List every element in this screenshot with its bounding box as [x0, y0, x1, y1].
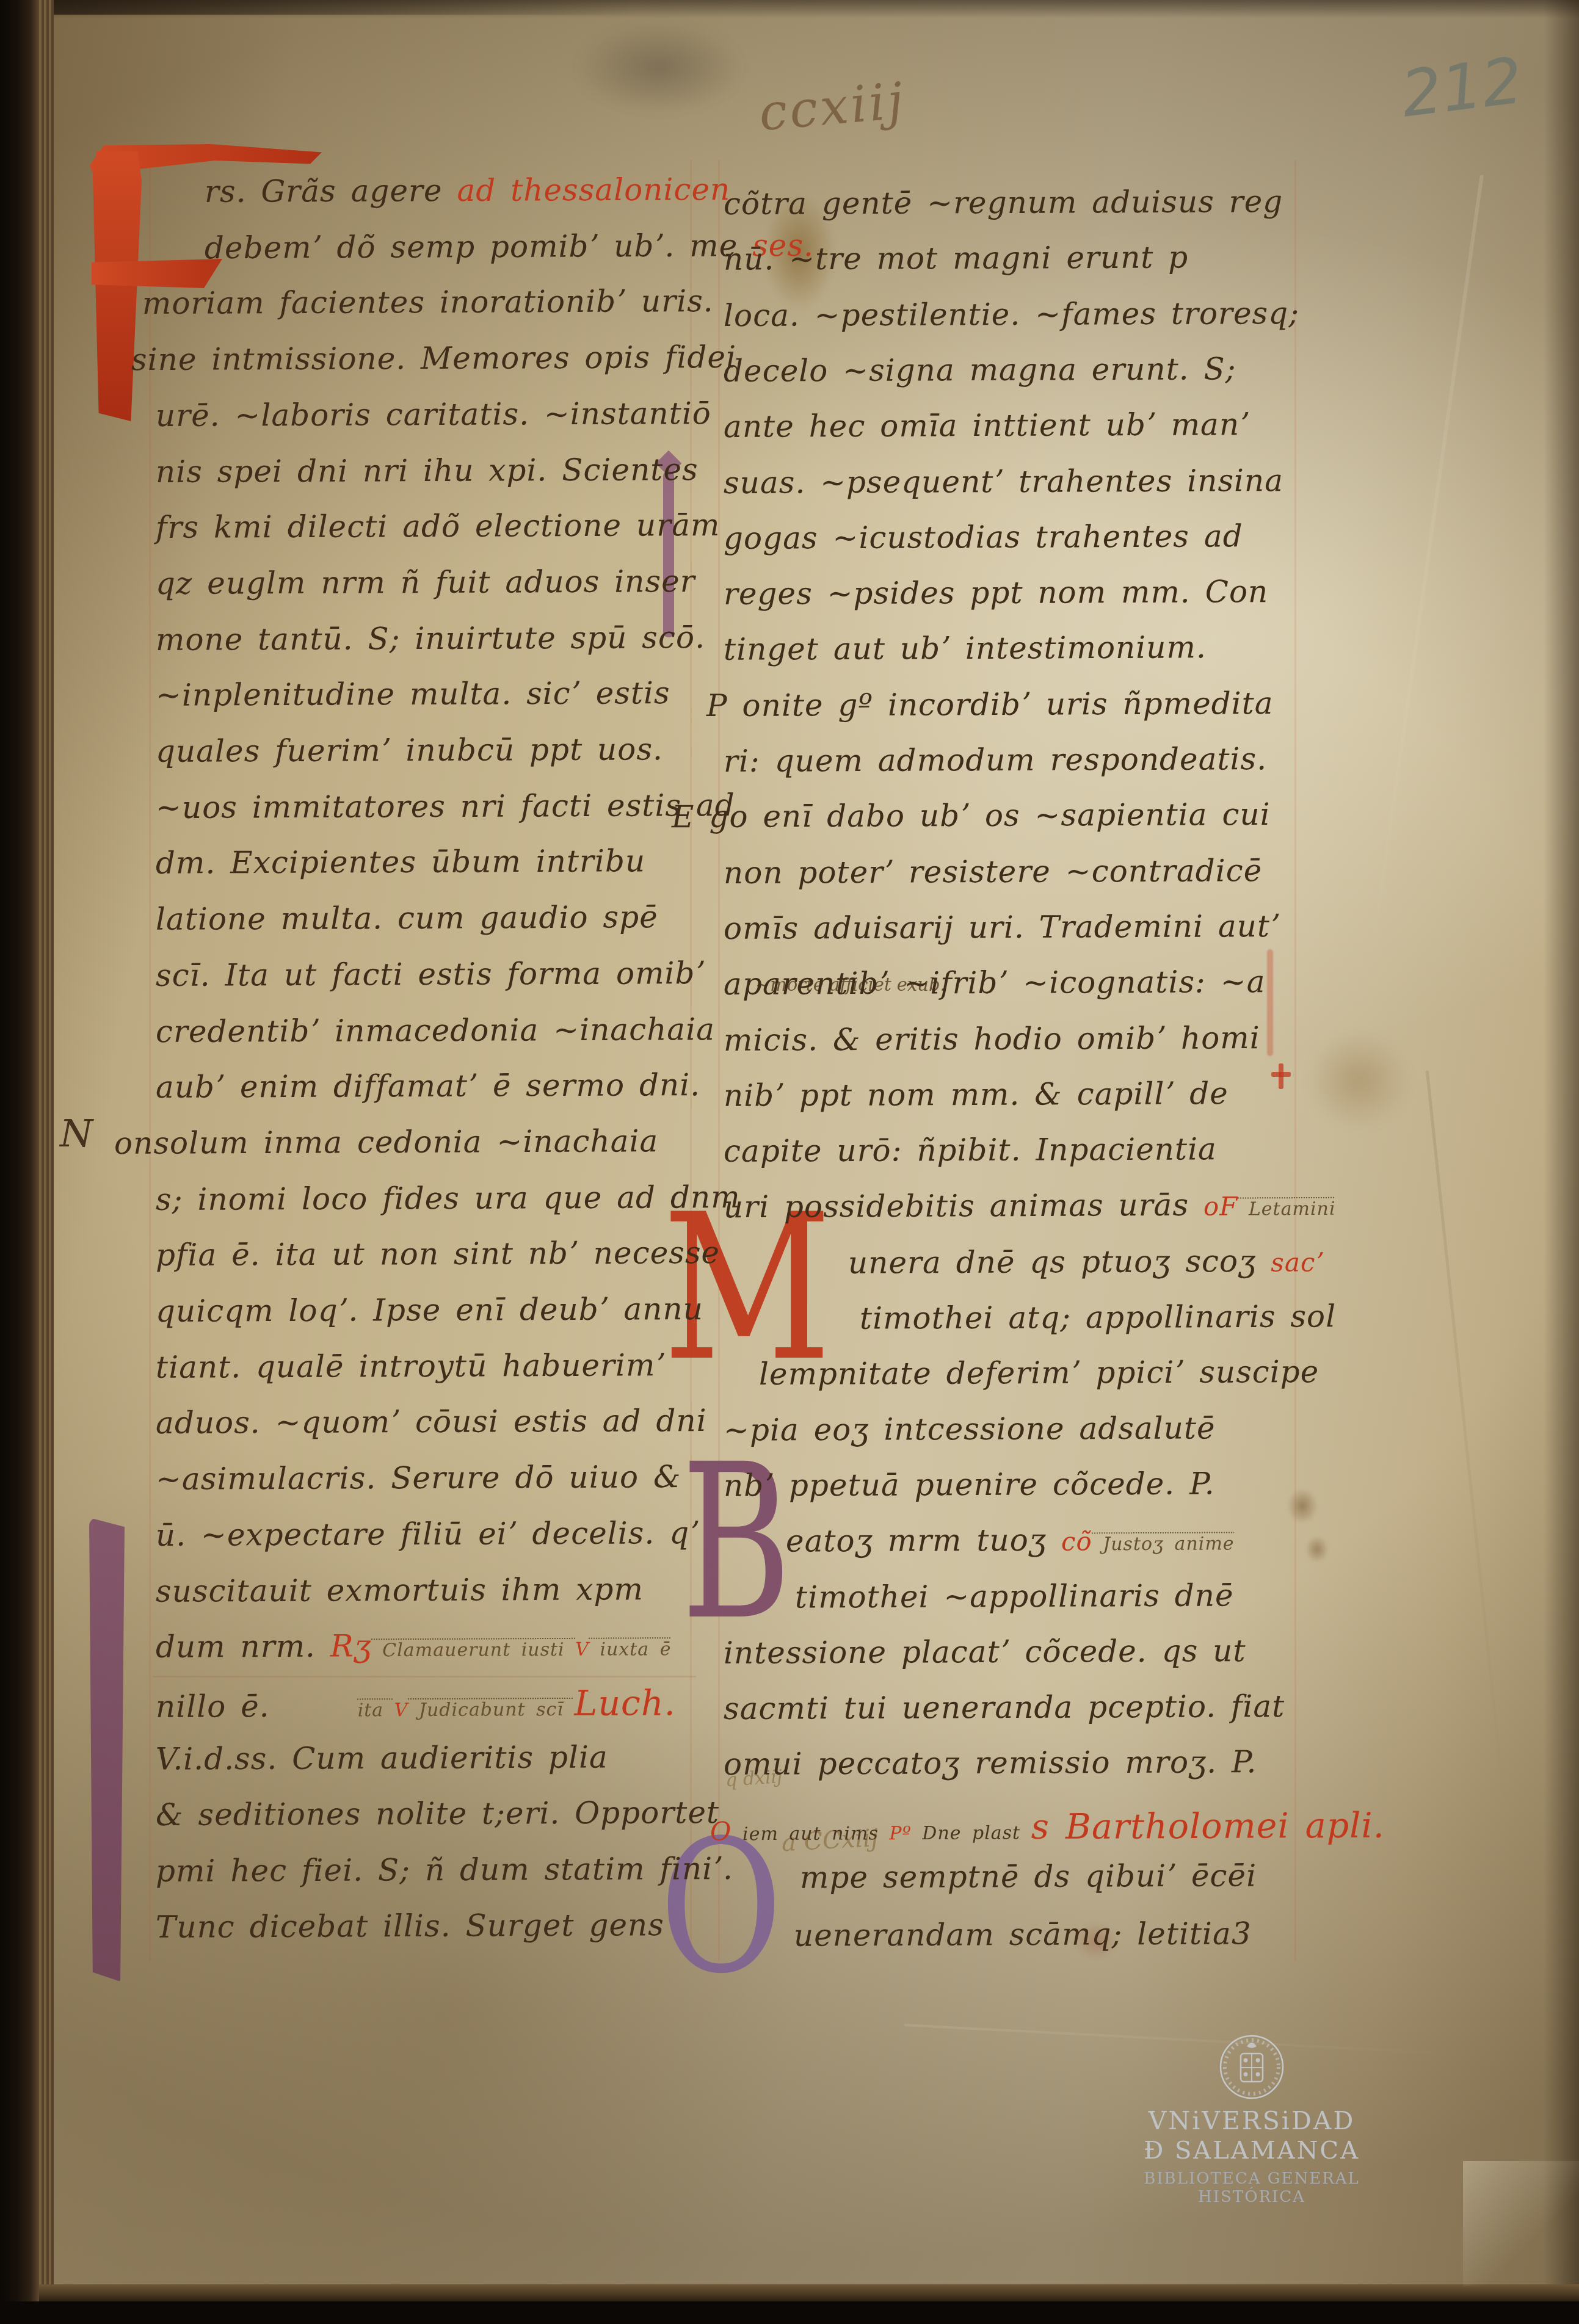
- library-stamp: VNiVERSiDAD Ð SALAMANCA BIBLIOTECA GENER…: [1111, 2033, 1392, 2206]
- right-column-line-9: tinget aut ubʼ intestimonium.: [724, 629, 1207, 667]
- left-column-line-17: aubʼ enim diffamatʼ ē sermo dni.: [156, 1067, 700, 1105]
- text-segment: nis spei dni nri ihu xpi. Scientes: [156, 452, 699, 490]
- ruling-line: [1294, 160, 1296, 1961]
- right-column-line-16: micis. & eritis hodio omibʼ homi: [724, 1020, 1260, 1058]
- text-segment: decelo ~signa magna erunt. S;: [724, 351, 1236, 389]
- text-segment: aduos. ~quomʼ cōusi estis ad dni: [156, 1403, 707, 1441]
- left-column-line-9: mone tantū. S; inuirtute spū scō.: [156, 620, 705, 657]
- left-column-line-21: quicqm loqʼ. Ipse enī deubʼ annu: [156, 1291, 703, 1329]
- text-segment: iem aut nims: [731, 1823, 889, 1845]
- smudge: [574, 22, 745, 114]
- rubric-segment: oF: [1203, 1192, 1238, 1222]
- text-segment: scī. Ita ut facti estis forma omibʼ: [156, 955, 706, 993]
- text-segment: nū. ~tre mot magni erunt p: [724, 239, 1189, 277]
- left-column-line-8: qz euglm nrm ñ fuit aduos inser: [156, 563, 695, 601]
- left-column-line-14: latione multa. cum gaudio spē: [156, 899, 658, 937]
- text-segment: mone tantū. S; inuirtute spū scō.: [156, 620, 705, 657]
- left-column-line-2: debemʼ dõ semp pomibʼ ubʼ. me ses.: [205, 228, 814, 266]
- left-column-line-1: rs. Grãs agere ad thessalonicen: [205, 172, 730, 209]
- text-segment: onsolum inma cedonia ~inachaia: [114, 1123, 658, 1161]
- text-segment: tinget aut ubʼ intestimonium.: [724, 629, 1207, 667]
- text-segment: s; inomi loco fides ura que ad dnm: [156, 1179, 741, 1217]
- right-column-line-6: suas. ~psequentʼ trahentes insina: [724, 463, 1283, 501]
- left-column-line-7: frs kmi dilecti adõ electione urām: [156, 507, 721, 545]
- text-segment: ū. ~expectare filiū eiʼ decelis. qʼ: [156, 1515, 700, 1553]
- text-segment: debemʼ dõ semp pomibʼ ubʼ. me: [205, 228, 752, 266]
- text-segment: dum nrm.: [156, 1629, 330, 1665]
- right-column-line-30: O iem aut nims Pº Dne plast s Bartholome…: [710, 1806, 1385, 1849]
- rubric-segment: Pº: [889, 1823, 911, 1844]
- university-seal-icon: [1218, 2033, 1286, 2101]
- right-column-line-27: intessione placatʼ cõcede. qs ut: [724, 1633, 1246, 1671]
- rubric-segment: cõ: [1061, 1526, 1092, 1556]
- right-column-line-10: P onite gº incordibʼ uris ñpmedita: [706, 686, 1274, 723]
- text-segment: pmi hec fiei. S; ñ dum statim finiʼ.: [156, 1851, 733, 1889]
- left-column-line-12: ~uos immitatores nri facti estis ad: [156, 787, 735, 825]
- left-column-line-19: s; inomi loco fides ura que ad dnm: [156, 1179, 741, 1217]
- right-column-line-19: uri possidebitis animas urās oF Letamini: [724, 1187, 1336, 1225]
- folio-number: 212: [1397, 43, 1526, 131]
- right-column-line-17: nibʼ ppt nom mm. & capillʼ de: [724, 1076, 1229, 1113]
- text-segment: qz euglm nrm ñ fuit aduos inser: [156, 563, 695, 601]
- rubric-segment: V: [394, 1700, 408, 1721]
- text-segment: quales fuerimʼ inubcū ppt uos.: [156, 731, 663, 769]
- text-segment: latione multa. cum gaudio spē: [156, 899, 658, 937]
- text-segment: credentibʼ inmacedonia ~inachaia: [156, 1012, 715, 1049]
- text-segment: iuxta ē: [589, 1638, 672, 1660]
- text-segment: frs kmi dilecti adõ electione urām: [156, 507, 721, 545]
- leaf-top-left-shadow: [54, 0, 634, 15]
- text-segment: Justoʒ anime: [1092, 1533, 1235, 1555]
- text-segment: timothei ~appollinaris dnē: [795, 1577, 1234, 1615]
- text-segment: & seditiones nolite t;eri. Opportet: [156, 1795, 719, 1833]
- right-column-line-2: nū. ~tre mot magni erunt p: [724, 239, 1189, 277]
- right-column-line-20: unera dnē qs ptuoʒ scoʒ sacʼ: [848, 1243, 1324, 1280]
- right-column-line-4: decelo ~signa magna erunt. S;: [724, 351, 1236, 389]
- text-segment: cõtra gentē ~regnum aduisus reg: [724, 184, 1283, 222]
- text-segment: Letamini: [1238, 1198, 1335, 1220]
- right-column-line-11: ri: quem admodum respondeatis.: [724, 741, 1267, 779]
- right-column-line-5: ante hec omīa inttient ubʼ manʼ: [724, 407, 1250, 444]
- ruling-line: [153, 1676, 696, 1678]
- page-stack-left: [39, 0, 55, 2295]
- left-column-line-32: Tunc dicebat illis. Surget gens: [156, 1907, 664, 1945]
- right-column-line-32: uenerandam scāmq; letitia3: [794, 1916, 1252, 1953]
- stamp-library-name: BIBLIOTECA GENERAL HISTÓRICA: [1111, 2170, 1392, 2206]
- right-column-line-15: aparentibʼ ~ifribʼ ~icognatis: ~a: [724, 964, 1266, 1002]
- rubric-segment: ad thessalonicen: [457, 172, 730, 208]
- stamp-university-name-2: Ð SALAMANCA: [1111, 2137, 1392, 2165]
- left-column-line-29: V.i.d.ss. Cum audieritis plia: [156, 1739, 608, 1776]
- text-segment: ita: [358, 1700, 394, 1721]
- rubric-segment: s Bartholomei apli.: [1031, 1806, 1384, 1848]
- rubric-segment: sacʼ: [1271, 1247, 1324, 1277]
- text-segment: Judicabunt scī: [408, 1699, 574, 1721]
- page-stack-bottom: [39, 2284, 1579, 2303]
- text-segment: ~inplenitudine multa. sicʼ estis: [156, 675, 670, 713]
- rubric-segment: Rʒ: [330, 1628, 372, 1663]
- right-column-line-7: gogas ~icustodias trahentes ad: [724, 518, 1243, 556]
- right-column-line-12: E go enī dabo ubʼ os ~sapientia cui: [672, 797, 1271, 834]
- text-segment: nbʼ ppetuā puenire cõcede. P.: [724, 1466, 1215, 1504]
- left-column-line-31: pmi hec fiei. S; ñ dum statim finiʼ.: [156, 1851, 733, 1889]
- text-segment: loca. ~pestilentie. ~fames troresq;: [724, 295, 1299, 333]
- text-segment: dm. Excipientes ūbum intribu: [156, 843, 645, 880]
- photo-edge-bottom: [0, 2301, 1579, 2324]
- text-segment: P onite gº incordibʼ uris ñpmedita: [706, 686, 1274, 723]
- right-column-line-25: eatoʒ mrm tuoʒ cõ Justoʒ anime: [786, 1521, 1235, 1558]
- initial-n: N: [60, 1111, 93, 1156]
- text-segment: sine intmissione. Memores opis fidei: [131, 339, 736, 377]
- text-segment: omīs aduisarij uri. Trademini autʼ: [724, 908, 1280, 946]
- text-segment: lempnitate deferimʼ ppiciʼ suscipe: [759, 1354, 1319, 1392]
- text-segment: sacmti tui ueneranda pceptio. fiat: [724, 1689, 1285, 1726]
- book-spine: [0, 0, 39, 2324]
- ruling-line: [718, 160, 720, 1961]
- text-segment: urē. ~laboris caritatis. ~instantiō: [156, 396, 711, 433]
- text-segment: omui peccatoʒ remissio mroʒ. P.: [724, 1744, 1257, 1782]
- rubric-segment: Luch.: [574, 1683, 676, 1724]
- spot-stain: [1305, 1536, 1329, 1563]
- text-segment: suas. ~psequentʼ trahentes insina: [724, 463, 1283, 501]
- initial-bar-maroon: [89, 1518, 125, 1982]
- left-column-line-24: ~asimulacris. Serure dō uiuo &: [156, 1459, 681, 1497]
- text-segment: moriam facientes inorationibʼ uris.: [142, 283, 714, 321]
- text-segment: ri: quem admodum respondeatis.: [724, 741, 1267, 779]
- left-column-line-25: ū. ~expectare filiū eiʼ decelis. qʼ: [156, 1515, 700, 1553]
- text-segment: micis. & eritis hodio omibʼ homi: [724, 1020, 1260, 1058]
- rubric-segment: O: [710, 1816, 732, 1846]
- right-column-line-23: ~pia eoʒ intcessione adsalutē: [724, 1410, 1216, 1448]
- text-segment: capite urō: ñpibit. Inpacientia: [724, 1131, 1217, 1169]
- right-column-line-18: capite urō: ñpibit. Inpacientia: [724, 1131, 1217, 1169]
- text-segment: reges ~psides ppt nom mm. Con: [724, 574, 1268, 612]
- right-column-line-8: reges ~psides ppt nom mm. Con: [724, 574, 1268, 612]
- text-segment: suscitauit exmortuis ihm xpm: [156, 1571, 644, 1609]
- text-segment: rs. Grãs agere: [205, 173, 457, 209]
- left-column-line-5: urē. ~laboris caritatis. ~instantiō: [156, 396, 711, 433]
- text-segment: ~asimulacris. Serure dō uiuo &: [156, 1459, 681, 1497]
- right-column-line-24: nbʼ ppetuā puenire cõcede. P.: [724, 1466, 1215, 1504]
- red-bleed-mark: [1267, 949, 1273, 1056]
- left-column-line-10: ~inplenitudine multa. sicʼ estis: [156, 675, 670, 713]
- right-column-line-28: sacmti tui ueneranda pceptio. fiat: [724, 1689, 1285, 1726]
- red-margin-mark: [1271, 1072, 1291, 1077]
- right-column-line-21: timothei atq; appollinaris sol: [860, 1298, 1336, 1336]
- text-segment: nibʼ ppt nom mm. & capillʼ de: [724, 1076, 1229, 1113]
- text-segment: V.i.d.ss. Cum audieritis plia: [156, 1739, 608, 1776]
- text-segment: uenerandam scāmq; letitia3: [794, 1916, 1252, 1953]
- text-segment: eatoʒ mrm tuoʒ: [786, 1522, 1061, 1559]
- left-column-line-27: dum nrm. Rʒ Clamauerunt iusti V iuxta ē: [156, 1627, 672, 1665]
- text-segment: nillo ē.: [156, 1689, 285, 1725]
- initial-f-arm: [92, 259, 222, 288]
- text-segment: pfia ē. ita ut non sint nbʼ necesse: [156, 1235, 720, 1273]
- leaf-right-edge: [1544, 0, 1579, 2284]
- left-column-line-26: suscitauit exmortuis ihm xpm: [156, 1571, 644, 1609]
- rubric-segment: V: [575, 1639, 589, 1660]
- text-segment: [285, 1716, 358, 1717]
- text-segment: ~uos immitatores nri facti estis ad: [156, 787, 735, 825]
- text-segment: E go enī dabo ubʼ os ~sapientia cui: [672, 797, 1271, 834]
- right-column-line-22: lempnitate deferimʼ ppiciʼ suscipe: [759, 1354, 1319, 1392]
- left-column-line-13: dm. Excipientes ūbum intribu: [156, 843, 645, 880]
- right-column-line-31: mpe semptnē ds qibuiʼ ēcēi: [800, 1858, 1257, 1895]
- left-column-line-22: tiant. qualē introytū habuerimʼ: [156, 1347, 666, 1385]
- text-segment: aparentibʼ ~ifribʼ ~icognatis: ~a: [724, 964, 1266, 1002]
- text-segment: ~pia eoʒ intcessione adsalutē: [724, 1410, 1216, 1448]
- stamp-university-name: VNiVERSiDAD: [1111, 2106, 1392, 2135]
- left-column-line-23: aduos. ~quomʼ cōusi estis ad dni: [156, 1403, 707, 1441]
- right-column-line-26: timothei ~appollinaris dnē: [795, 1577, 1234, 1615]
- text-segment: intessione placatʼ cõcede. qs ut: [724, 1633, 1246, 1671]
- left-column-line-28: nillo ē. ita V Judicabunt scī Luch.: [156, 1683, 676, 1726]
- right-column-line-29: omui peccatoʒ remissio mroʒ. P.: [724, 1744, 1257, 1782]
- paraph-bar: [663, 471, 674, 637]
- left-column-line-11: quales fuerimʼ inubcū ppt uos.: [156, 731, 663, 769]
- text-segment: mpe semptnē ds qibuiʼ ēcēi: [800, 1858, 1257, 1895]
- right-column-line-3: loca. ~pestilentie. ~fames troresq;: [724, 295, 1299, 333]
- manuscript-photo: 212 ccxiij N M B O ~morte afficiet exub.…: [0, 0, 1579, 2324]
- left-column-line-16: credentibʼ inmacedonia ~inachaia: [156, 1012, 715, 1049]
- right-column-line-14: omīs aduisarij uri. Trademini autʼ: [724, 908, 1280, 946]
- text-segment: timothei atq; appollinaris sol: [860, 1298, 1336, 1336]
- left-column-line-20: pfia ē. ita ut non sint nbʼ necesse: [156, 1235, 720, 1273]
- water-stain: [1307, 1032, 1410, 1129]
- text-segment: Dne plast: [912, 1822, 1031, 1844]
- text-segment: Clamauerunt iusti: [372, 1639, 576, 1661]
- text-segment: ante hec omīa inttient ubʼ manʼ: [724, 407, 1250, 444]
- ruling-line: [149, 160, 151, 1961]
- corner-fold: [1463, 2161, 1579, 2286]
- spot-stain: [1287, 1488, 1318, 1524]
- text-segment: Tunc dicebat illis. Surget gens: [156, 1907, 664, 1945]
- left-column-line-15: scī. Ita ut facti estis forma omibʼ: [156, 955, 706, 993]
- left-column-line-4: sine intmissione. Memores opis fidei: [131, 339, 736, 377]
- left-column-line-30: & seditiones nolite t;eri. Opportet: [156, 1795, 719, 1833]
- right-column-line-1: cõtra gentē ~regnum aduisus reg: [724, 184, 1283, 222]
- left-column-line-3: moriam facientes inorationibʼ uris.: [142, 283, 714, 321]
- text-segment: quicqm loqʼ. Ipse enī deubʼ annu: [156, 1291, 703, 1329]
- right-column-line-13: non poterʼ resistere ~contradicē: [724, 853, 1263, 891]
- text-segment: uri possidebitis animas urās: [724, 1187, 1203, 1225]
- left-column-line-6: nis spei dni nri ihu xpi. Scientes: [156, 452, 699, 490]
- text-segment: gogas ~icustodias trahentes ad: [724, 518, 1243, 556]
- text-segment: unera dnē qs ptuoʒ scoʒ: [848, 1243, 1271, 1281]
- text-segment: non poterʼ resistere ~contradicē: [724, 853, 1263, 891]
- left-column-line-18: onsolum inma cedonia ~inachaia: [114, 1123, 658, 1161]
- text-segment: aubʼ enim diffamatʼ ē sermo dni.: [156, 1067, 700, 1105]
- text-segment: tiant. qualē introytū habuerimʼ: [156, 1347, 666, 1385]
